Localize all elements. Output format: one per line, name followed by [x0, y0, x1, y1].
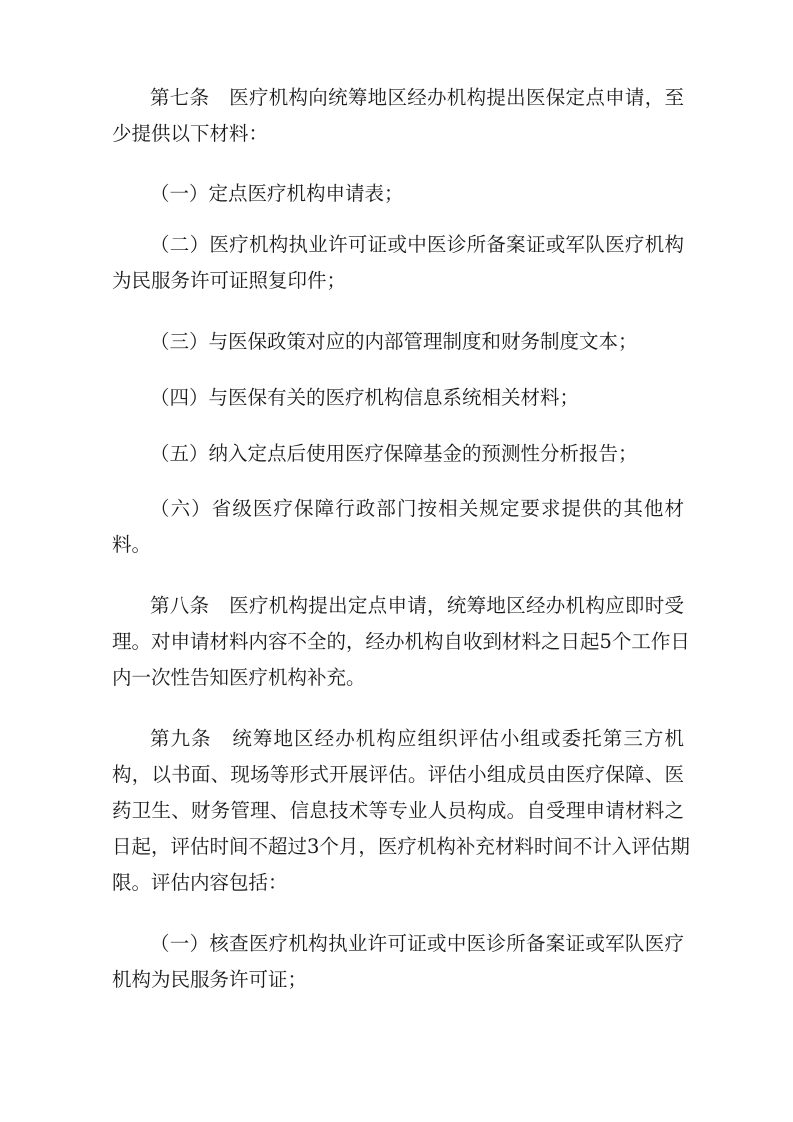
item-7-2-line-1: （二）医疗机构执业许可证或中医诊所备案证或军队医疗机构	[150, 233, 684, 257]
item-9-1-line-1: （一）核查医疗机构执业许可证或中医诊所备案证或军队医疗	[150, 932, 684, 956]
article-8-line-3: 内一次性告知医疗机构补充。	[112, 666, 684, 690]
item-7-3-line-1: （三）与医保政策对应的内部管理制度和财务制度文本；	[150, 330, 684, 354]
document-page: 第七条 医疗机构向统筹地区经办机构提出医保定点申请，至 少提供以下材料： （一）…	[0, 0, 793, 1122]
item-7-2-line-2: 为民服务许可证照复印件；	[112, 269, 684, 293]
article-9-line-3: 药卫生、财务管理、信息技术等专业人员构成。自受理申请材料之	[112, 799, 684, 823]
item-7-1-line-1: （一）定点医疗机构申请表；	[150, 182, 684, 206]
item-7-4-line-1: （四）与医保有关的医疗机构信息系统相关材料；	[150, 386, 684, 410]
article-9-line-1: 第九条 统筹地区经办机构应组织评估小组或委托第三方机	[150, 727, 684, 751]
item-7-5-line-1: （五）纳入定点后使用医疗保障基金的预测性分析报告；	[150, 442, 684, 466]
article-7-line-2: 少提供以下材料：	[112, 122, 684, 146]
article-8-line-1: 第八条 医疗机构提出定点申请，统筹地区经办机构应即时受	[150, 594, 684, 618]
item-9-1-line-2: 机构为民服务许可证；	[112, 968, 684, 992]
article-8-line-2: 理。对申请材料内容不全的，经办机构自收到材料之日起5个工作日	[112, 630, 684, 654]
item-7-6-line-1: （六）省级医疗保障行政部门按相关规定要求提供的其他材	[150, 497, 684, 521]
article-9-line-4: 日起，评估时间不超过3个月，医疗机构补充材料时间不计入评估期	[112, 835, 684, 859]
item-7-6-line-2: 料。	[112, 533, 684, 557]
article-9-line-2: 构，以书面、现场等形式开展评估。评估小组成员由医疗保障、医	[112, 763, 684, 787]
article-7-line-1: 第七条 医疗机构向统筹地区经办机构提出医保定点申请，至	[150, 86, 684, 110]
article-9-line-5: 限。评估内容包括：	[112, 871, 684, 895]
